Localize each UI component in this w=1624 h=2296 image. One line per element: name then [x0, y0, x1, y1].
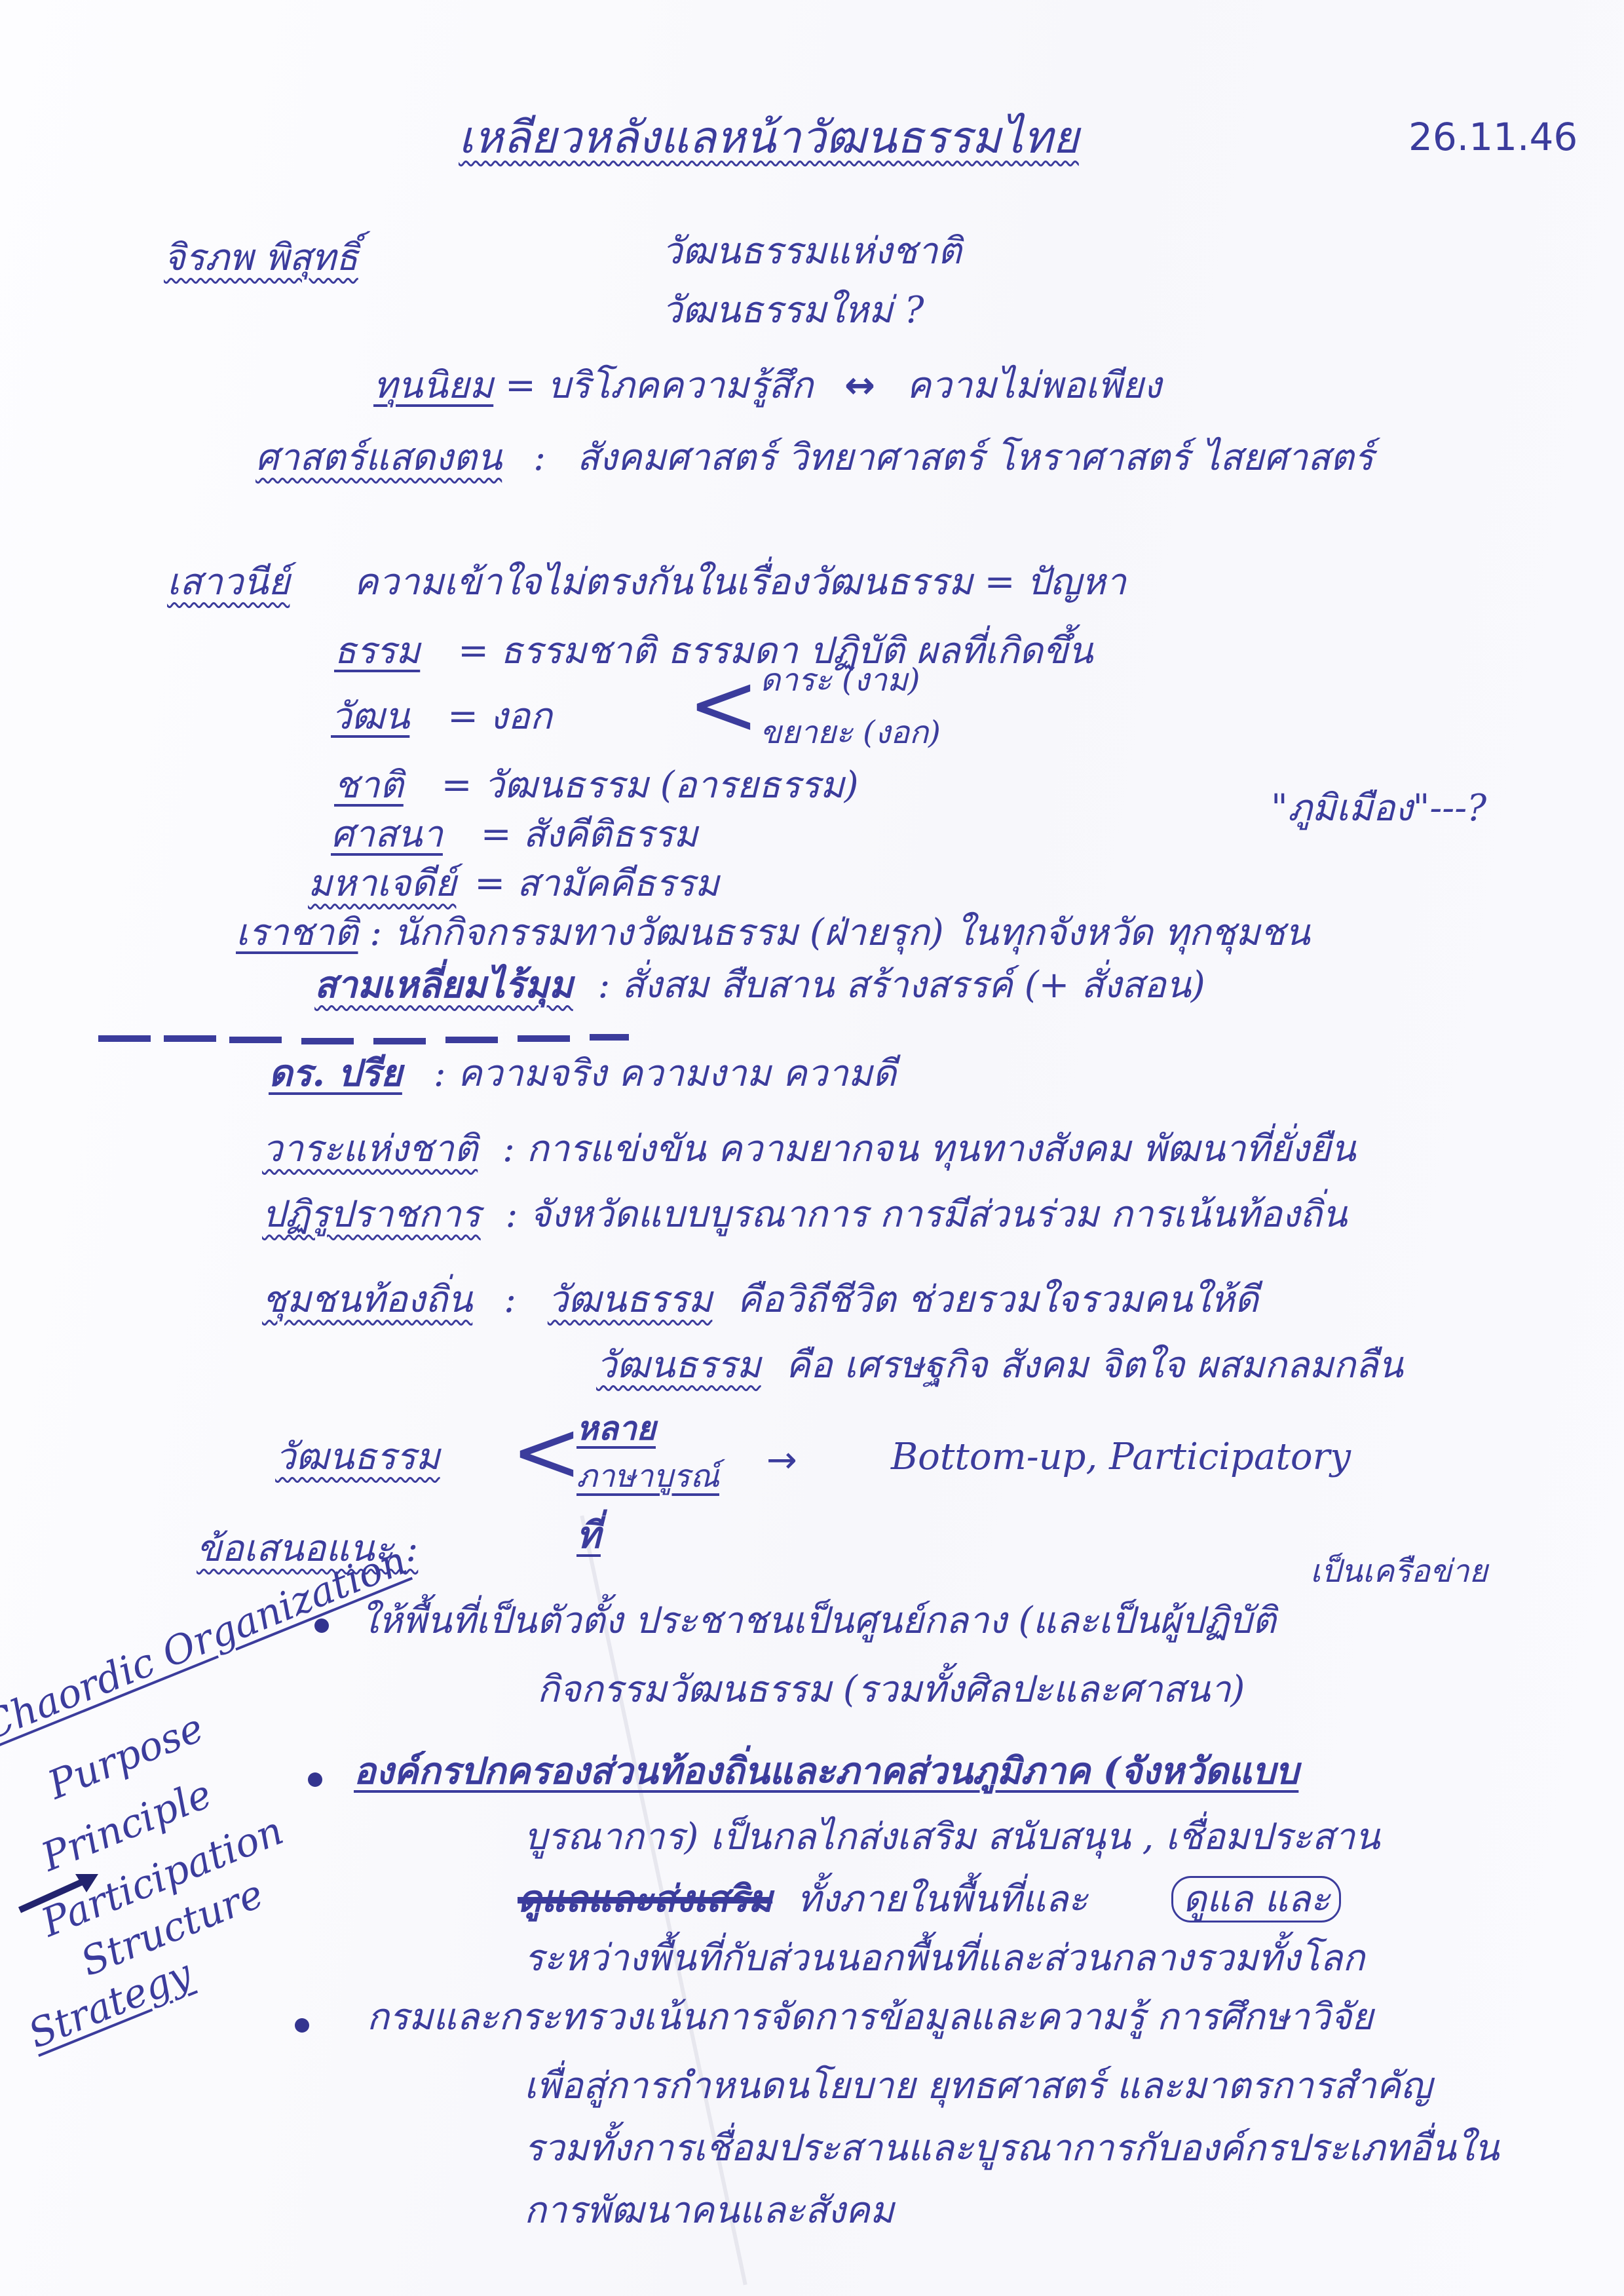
struck-text: ดูแลและส่งเสริม [518, 1877, 772, 1921]
colon: : [533, 436, 546, 479]
recommendation-2-text: องค์กรปกครองส่วนท้องถิ่นและภาคส่วนภูมิภา… [354, 1750, 1298, 1793]
arrow-icon [13, 1861, 105, 1920]
separator-dash [301, 1038, 354, 1044]
capitalism-line: ทุนนิยม = บริโภคความรู้สึก ↔ ความไม่พอเพ… [373, 364, 1161, 408]
definition-text: = วัฒนธรรม (อารยธรรม) [442, 764, 859, 807]
branch-bracket: < [688, 662, 759, 747]
definition-wattana: วัฒน = งอก [331, 695, 552, 738]
dr-line: ดร. ปรีย : ความจริง ความงาม ความดี [269, 1052, 896, 1096]
saowanee-text: ความเข้าใจไม่ตรงกันในเรื่องวัฒนธรรม = ปั… [354, 561, 1126, 603]
definition-sasana: ศาสนา = สังคีติธรรม [331, 813, 698, 856]
community-line-1: ชุมชนท้องถิ่น : วัฒนธรรม คือวิถีชีวิต ช่… [262, 1278, 1258, 1322]
definition-term: ชาติ [334, 764, 404, 807]
dr-label: ดร. ปรีย [269, 1052, 402, 1095]
recommendation-2-line-4: ระหว่างพื้นที่กับส่วนนอกพื้นที่และส่วนกล… [524, 1936, 1365, 1980]
capitalism-eq: = บริโภคความรู้สึก [505, 364, 813, 407]
definition-term: ศาสนา [331, 813, 443, 856]
separator-dash [518, 1035, 570, 1042]
triangle-line: สามเหลี่ยมไร้มุม : สั่งสม สืบสาน สร้างสร… [314, 963, 1205, 1007]
speaker-line-1: วัฒนธรรมแห่งชาติ [662, 229, 962, 273]
recommendation-3-line-1: กรมและกระทรวงเน้นการจัดการข้อมูลและความร… [367, 1995, 1373, 2039]
page-title: เหลียวหลังแลหน้าวัฒนธรรมไทย [459, 111, 1079, 165]
wattana-branch-bottom: ขยายะ (งอก) [760, 714, 941, 752]
separator-dash [98, 1035, 151, 1042]
recommendations-marker: ที่ [576, 1514, 601, 1558]
rachat-text: : นักกิจกรรมทางวัฒนธรรม (ฝ่ายรุก) ในทุกจ… [369, 911, 1310, 954]
separator-dash [229, 1037, 282, 1043]
rachat-label: เราชาติ [236, 911, 358, 954]
culture-flow-label: วัฒนธรรม [275, 1435, 440, 1479]
reform-text: : จังหวัดแบบบูรณาการ การมีส่วนร่วม การเน… [506, 1193, 1348, 1236]
wattana-branch-top: ดาระ (งาม) [760, 662, 920, 700]
definition-term: ธรรม [334, 630, 420, 672]
page-date: 26.11.46 [1408, 115, 1577, 161]
circled-insert: ดูแล และ [1171, 1876, 1341, 1923]
community-text-1: คือวิถีชีวิต ช่วยรวมใจรวมคนให้ดี [737, 1278, 1258, 1321]
network-note: เป็นเครือข่าย [1310, 1553, 1488, 1591]
saowanee-line: เสาวนีย์ ความเข้าใจไม่ตรงกันในเรื่องวัฒน… [167, 560, 1126, 604]
definition-mahachedi: มหาเจดีย์ = สามัคคีธรรม [308, 862, 719, 906]
national-agenda-text: : การแข่งขัน ความยากจน ทุนทางสังคม พัฒนา… [502, 1128, 1356, 1170]
recommendation-2-line-2: บูรณาการ) เป็นกลไกส่งเสริม สนับสนุน , เช… [524, 1815, 1380, 1859]
triangle-text: : สั่งสม สืบสาน สร้างสรรค์ (+ สั่งสอน) [598, 964, 1205, 1006]
bullet-icon [314, 1618, 329, 1633]
sciences-items: สังคมศาสตร์ วิทยาศาสตร์ โหราศาสตร์ ไสยศา… [577, 436, 1374, 479]
definition-chat: ชาติ = วัฒนธรรม (อารยธรรม) [334, 763, 859, 807]
speaker-line-2: วัฒนธรรมใหม่ ? [662, 288, 924, 332]
reform-label: ปฏิรูปราชการ [262, 1193, 481, 1236]
definition-text: = สามัคคีธรรม [474, 862, 719, 905]
national-agenda-label: วาระแห่งชาติ [262, 1128, 478, 1170]
capitalism-rhs: ความไม่พอเพียง [907, 364, 1161, 407]
community-term-1: วัฒนธรรม [548, 1278, 713, 1321]
dr-text: : ความจริง ความงาม ความดี [434, 1052, 896, 1095]
recommendation-3-line-2: เพื่อสู่การกำหนดนโยบาย ยุทธศาสตร์ และมาต… [524, 2064, 1432, 2108]
speaker-name: จิรภพ พิสุทธิ์ [164, 236, 358, 280]
saowanee-label: เสาวนีย์ [167, 561, 290, 603]
culture-branch-top: หลาย [576, 1409, 656, 1448]
recommendation-2-text: ทั้งภายในพื้นที่และ [797, 1878, 1088, 1921]
recommendation-1-line-1: ให้พื้นที่เป็นตัวตั้ง ประชาชนเป็นศูนย์กล… [360, 1599, 1276, 1643]
separator-dash [590, 1034, 629, 1041]
community-label: ชุมชนท้องถิ่น [262, 1278, 472, 1321]
community-line-2: วัฒนธรรม คือ เศรษฐกิจ สังคม จิตใจ ผสมกลม… [596, 1343, 1403, 1387]
branch-bracket: < [511, 1409, 582, 1494]
culture-flow-result: Bottom-up, Participatory [891, 1435, 1351, 1479]
handwritten-page: เหลียวหลังแลหน้าวัฒนธรรมไทย 26.11.46 จิร… [0, 0, 1624, 2296]
double-arrow-icon: ↔ [844, 364, 875, 407]
rachat-line: เราชาติ : นักกิจกรรมทางวัฒนธรรม (ฝ่ายรุก… [236, 911, 1310, 955]
bullet-icon [295, 2018, 309, 2033]
community-text-2: คือ เศรษฐกิจ สังคม จิตใจ ผสมกลมกลืน [785, 1344, 1403, 1387]
recommendation-2-line-3: ดูแลและส่งเสริม ทั้งภายในพื้นที่และ ดูแล… [518, 1877, 1341, 1921]
capitalism-label: ทุนนิยม [373, 364, 493, 407]
sciences-label: ศาสตร์แสดงตน [255, 436, 502, 479]
definition-term: วัฒน [331, 695, 409, 738]
reform-line: ปฏิรูปราชการ : จังหวัดแบบบูรณาการ การมีส… [262, 1193, 1347, 1236]
culture-branch-bottom: ภาษาบูรณ์ [576, 1458, 719, 1496]
recommendation-3-line-3: รวมทั้งการเชื่อมประสานและบูรณาการกับองค์… [524, 2126, 1499, 2170]
definition-term: มหาเจดีย์ [308, 862, 456, 905]
bullet-icon [308, 1772, 322, 1787]
national-agenda-line: วาระแห่งชาติ : การแข่งขัน ความยากจน ทุนท… [262, 1127, 1356, 1171]
definition-text: = สังคีติธรรม [481, 813, 698, 856]
recommendation-2-line-1: องค์กรปกครองส่วนท้องถิ่นและภาคส่วนภูมิภา… [354, 1750, 1298, 1793]
separator-dash [373, 1038, 426, 1044]
recommendation-3-line-4: การพัฒนาคนและสังคม [524, 2189, 894, 2232]
definition-text: = งอก [447, 695, 552, 738]
sciences-line: ศาสตร์แสดงตน : สังคมศาสตร์ วิทยาศาสตร์ โ… [255, 436, 1374, 480]
community-term-2: วัฒนธรรม [596, 1344, 761, 1387]
separator-dash [164, 1035, 216, 1042]
arrow-right-icon: → [766, 1438, 797, 1482]
recommendation-1-line-2: กิจกรรมวัฒนธรรม (รวมทั้งศิลปะและศาสนา) [537, 1668, 1245, 1712]
triangle-label: สามเหลี่ยมไร้มุม [314, 963, 573, 1006]
separator-dash [445, 1037, 498, 1043]
aside-quote: "ภูมิเมือง"---? [1271, 786, 1486, 830]
